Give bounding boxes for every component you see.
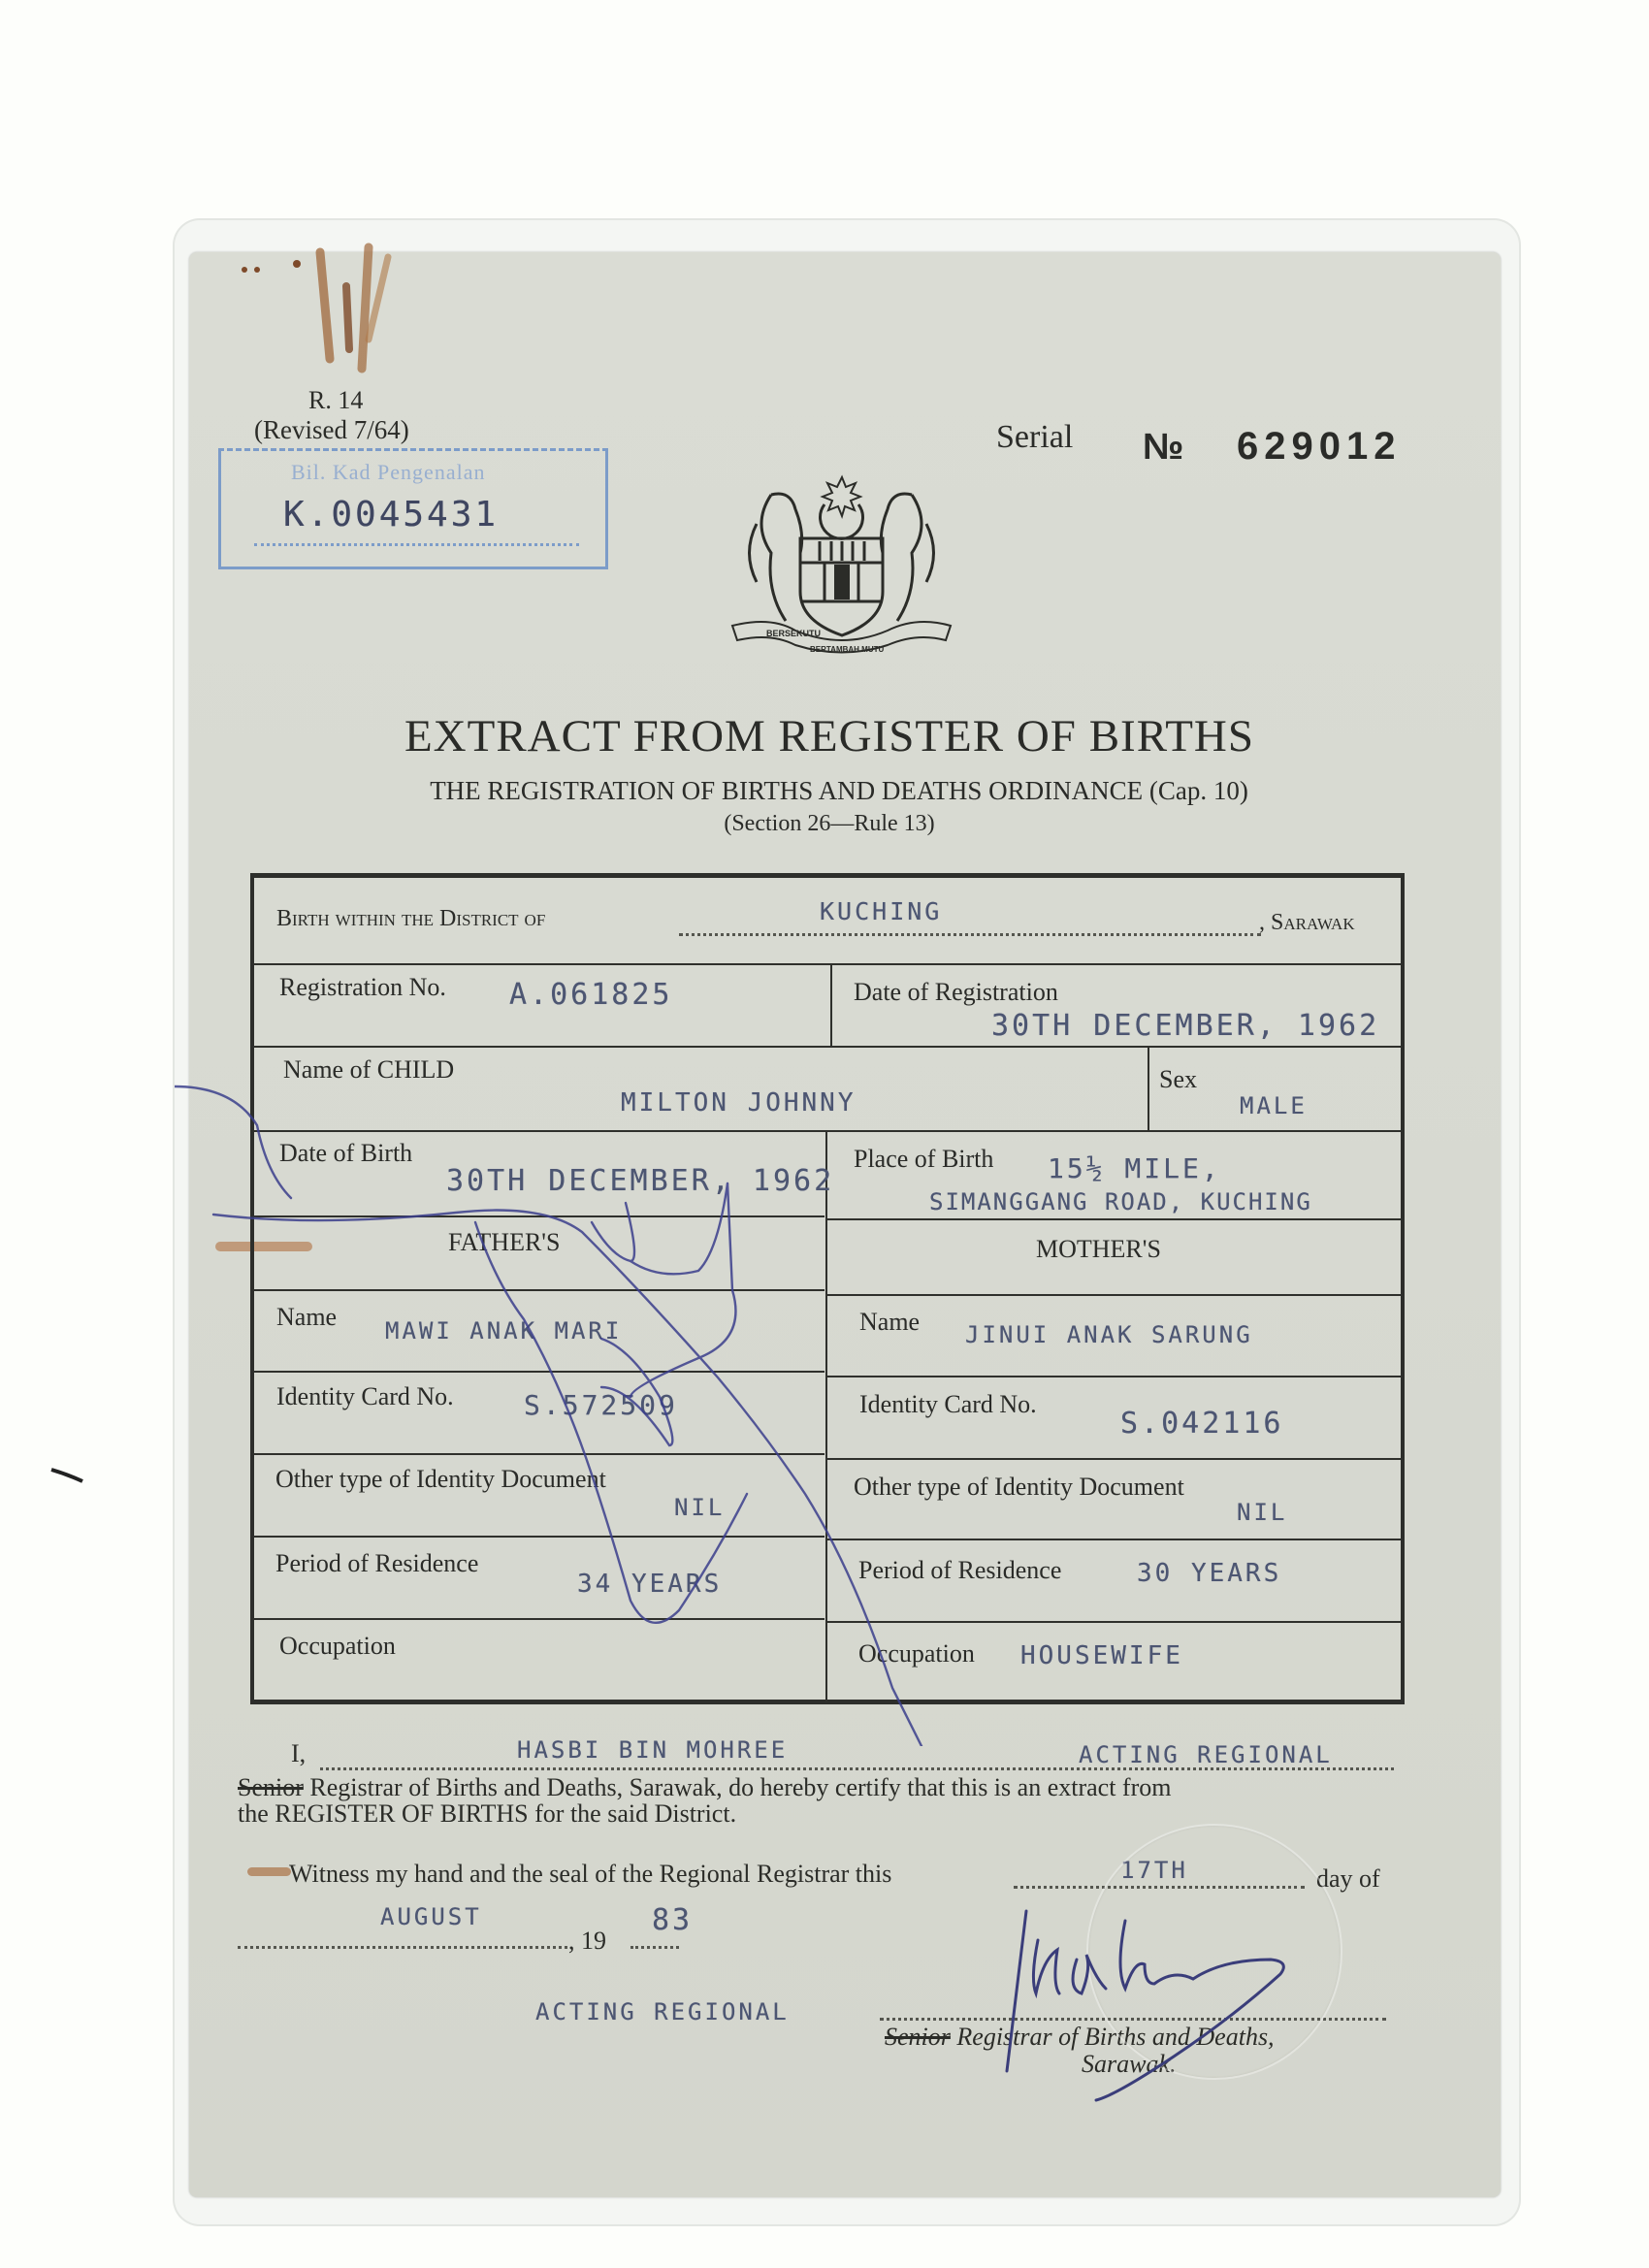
- id-stamp-value: K.0045431: [283, 495, 499, 535]
- mother-residence-label: Period of Residence: [858, 1556, 1061, 1585]
- document-subtitle: THE REGISTRATION OF BIRTHS AND DEATHS OR…: [0, 776, 1649, 806]
- serial-label: Serial: [996, 419, 1073, 456]
- column-divider: [830, 965, 832, 1046]
- row-divider: [254, 1536, 824, 1538]
- row-divider: [254, 1130, 1401, 1132]
- row-divider: [254, 1618, 824, 1620]
- form-code: R. 14: [308, 386, 363, 415]
- registration-no-label: Registration No.: [279, 973, 446, 1002]
- registrar-title-typed: ACTING REGIONAL: [1079, 1741, 1333, 1768]
- row-divider: [254, 1371, 824, 1373]
- mother-other-id-label: Other type of Identity Document: [854, 1473, 1184, 1502]
- document-title: EXTRACT FROM REGISTER OF BIRTHS: [0, 710, 1649, 762]
- id-stamp-dotted-line: [254, 543, 579, 546]
- child-name-value: MILTON JOHNNY: [621, 1088, 857, 1118]
- mother-heading: MOTHER'S: [1036, 1235, 1161, 1264]
- father-other-id-value: NIL: [674, 1494, 725, 1521]
- debris-mark-icon: [48, 1465, 97, 1494]
- row-divider: [254, 1046, 1401, 1048]
- mother-ic-value: S.042116: [1120, 1407, 1284, 1441]
- father-residence-label: Period of Residence: [275, 1549, 478, 1578]
- dotted-line: [630, 1946, 679, 1949]
- mother-name-label: Name: [859, 1308, 920, 1337]
- struck-senior-signature: Senior: [885, 2023, 951, 2051]
- father-residence-value: 34 YEARS: [577, 1570, 722, 1599]
- father-other-id-label: Other type of Identity Document: [275, 1465, 606, 1494]
- serial-no-symbol: №: [1143, 427, 1183, 469]
- month-value: AUGUST: [380, 1903, 482, 1930]
- father-name-label: Name: [276, 1303, 337, 1332]
- row-divider: [254, 1453, 824, 1455]
- father-ic-value: S.572509: [524, 1389, 678, 1421]
- sex-label: Sex: [1159, 1065, 1197, 1094]
- struck-senior: Senior: [238, 1773, 304, 1801]
- coat-of-arms-icon: BERSEKUTU BERTAMBAH MUTU: [713, 466, 965, 660]
- child-name-label: Name of CHILD: [283, 1055, 454, 1085]
- form-revision: (Revised 7/64): [254, 415, 409, 445]
- district-suffix: , Sarawak: [1259, 910, 1355, 936]
- column-divider: [1148, 1048, 1149, 1130]
- father-ic-label: Identity Card No.: [276, 1382, 454, 1411]
- row-divider: [826, 1218, 1401, 1220]
- father-heading: FATHER'S: [448, 1228, 560, 1257]
- certify-line-2: the REGISTER OF BIRTHS for the said Dist…: [238, 1799, 736, 1829]
- witness-text: Witness my hand and the seal of the Regi…: [289, 1860, 891, 1889]
- registration-no-value: A.061825: [509, 978, 673, 1012]
- mother-residence-value: 30 YEARS: [1137, 1559, 1281, 1588]
- dotted-line: [679, 933, 1261, 936]
- row-divider: [826, 1621, 1401, 1623]
- registrar-name: HASBI BIN MOHREE: [517, 1736, 788, 1764]
- district-label: Birth within the District of: [276, 906, 545, 932]
- signatory-title-typed: ACTING REGIONAL: [535, 1998, 790, 2025]
- stain-mark: [247, 1867, 291, 1876]
- place-of-birth-label: Place of Birth: [854, 1145, 993, 1174]
- mother-occupation-value: HOUSEWIFE: [1020, 1641, 1183, 1670]
- svg-text:BERSEKUTU: BERSEKUTU: [766, 629, 821, 638]
- mother-ic-label: Identity Card No.: [859, 1390, 1037, 1419]
- row-divider: [826, 1376, 1401, 1377]
- date-of-registration-label: Date of Registration: [854, 978, 1058, 1007]
- mother-other-id-value: NIL: [1237, 1499, 1287, 1526]
- id-stamp-label: Bil. Kad Pengenalan: [291, 460, 485, 485]
- father-name-value: MAWI ANAK MARI: [385, 1317, 622, 1345]
- row-divider: [826, 1458, 1401, 1460]
- svg-text:BERTAMBAH MUTU: BERTAMBAH MUTU: [810, 645, 885, 654]
- certify-line-1: Senior Registrar of Births and Deaths, S…: [238, 1773, 1171, 1802]
- place-of-birth-line2: SIMANGGANG ROAD, KUCHING: [929, 1188, 1312, 1215]
- year-prefix: , 19: [568, 1927, 606, 1956]
- row-divider: [826, 1294, 1401, 1296]
- date-of-birth-label: Date of Birth: [279, 1139, 412, 1168]
- date-of-birth-value: 30TH DECEMBER, 1962: [446, 1164, 834, 1198]
- certify-text: Registrar of Births and Deaths, Sarawak,…: [309, 1773, 1171, 1801]
- certify-i-label: I,: [291, 1739, 306, 1768]
- place-of-birth-line1: 15½ MILE,: [1048, 1152, 1221, 1184]
- serial-number: 629012: [1237, 425, 1401, 469]
- sex-value: MALE: [1240, 1092, 1308, 1119]
- year-value: 83: [652, 1903, 693, 1937]
- mother-name-value: JINUI ANAK SARUNG: [965, 1321, 1253, 1348]
- row-divider: [826, 1539, 1401, 1540]
- document-section-rule: (Section 26—Rule 13): [0, 811, 1649, 837]
- father-occupation-label: Occupation: [279, 1632, 396, 1661]
- mother-occupation-label: Occupation: [858, 1639, 975, 1669]
- row-divider: [254, 1289, 824, 1291]
- dotted-line: [238, 1946, 567, 1949]
- embossed-seal: [1086, 1824, 1342, 2080]
- row-divider: [254, 963, 1401, 965]
- column-divider: [825, 1132, 827, 1702]
- date-of-registration-value: 30TH DECEMBER, 1962: [991, 1009, 1379, 1043]
- district-value: KUCHING: [820, 897, 942, 925]
- row-divider: [254, 1215, 824, 1217]
